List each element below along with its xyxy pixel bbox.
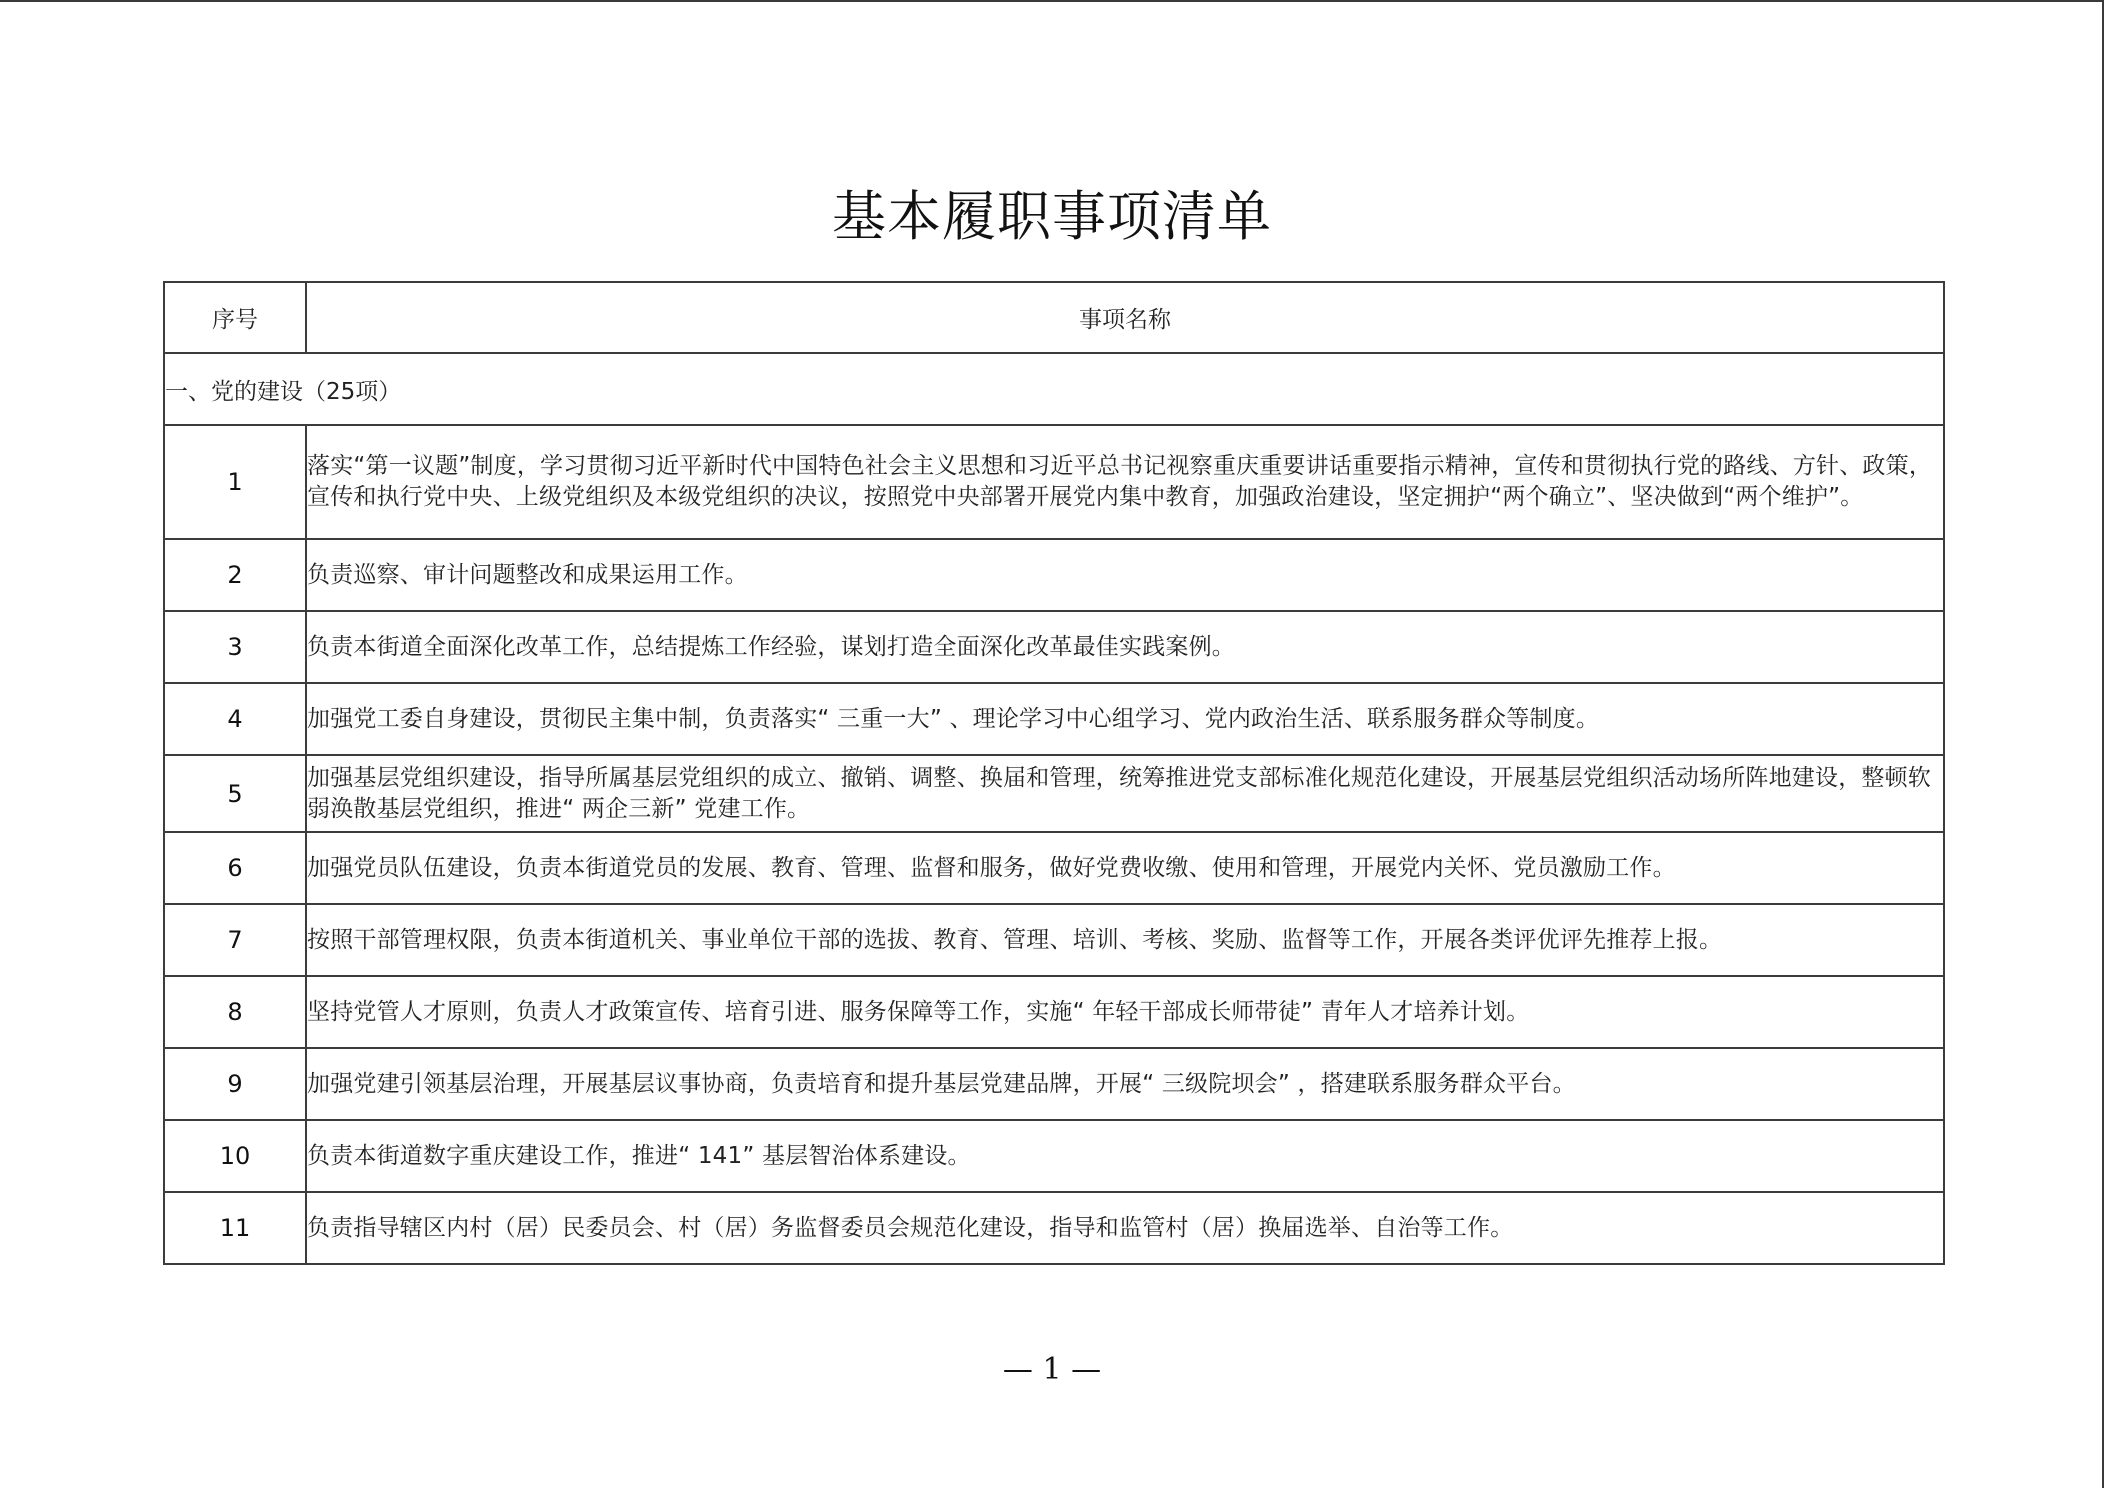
column-header-name: 事项名称 [306,282,1944,353]
table-row: 7 按照干部管理权限，负责本街道机关、事业单位干部的选拔、教育、管理、培训、考核… [164,904,1944,976]
table-row: 10 负责本街道数字重庆建设工作，推进“ 141” 基层智治体系建设。 [164,1120,1944,1192]
row-item-text: 加强党员队伍建设，负责本街道党员的发展、教育、管理、监督和服务，做好党费收缴、使… [306,832,1944,904]
row-item-text: 负责指导辖区内村（居）民委员会、村（居）务监督委员会规范化建设，指导和监管村（居… [306,1192,1944,1264]
row-number: 6 [164,832,306,904]
row-item-text: 负责巡察、审计问题整改和成果运用工作。 [306,539,1944,611]
column-header-number: 序号 [164,282,306,353]
row-number: 4 [164,683,306,755]
table-row: 1 落实“第一议题”制度，学习贯彻习近平新时代中国特色社会主义思想和习近平总书记… [164,425,1944,539]
row-number: 8 [164,976,306,1048]
table-row: 8 坚持党管人才原则，负责人才政策宣传、培育引进、服务保障等工作，实施“ 年轻干… [164,976,1944,1048]
table-row: 9 加强党建引领基层治理，开展基层议事协商，负责培育和提升基层党建品牌，开展“ … [164,1048,1944,1120]
row-number: 3 [164,611,306,683]
row-item-text: 按照干部管理权限，负责本街道机关、事业单位干部的选拔、教育、管理、培训、考核、奖… [306,904,1944,976]
page-top-border [0,0,2104,2]
row-item-text: 加强党工委自身建设，贯彻民主集中制，负责落实“ 三重一大” 、理论学习中心组学习… [306,683,1944,755]
row-item-text: 加强党建引领基层治理，开展基层议事协商，负责培育和提升基层党建品牌，开展“ 三级… [306,1048,1944,1120]
row-number: 7 [164,904,306,976]
table-row: 5 加强基层党组织建设，指导所属基层党组织的成立、撤销、调整、换届和管理，统筹推… [164,755,1944,832]
row-number: 11 [164,1192,306,1264]
row-number: 10 [164,1120,306,1192]
table-row: 6 加强党员队伍建设，负责本街道党员的发展、教育、管理、监督和服务，做好党费收缴… [164,832,1944,904]
row-item-text: 坚持党管人才原则，负责人才政策宣传、培育引进、服务保障等工作，实施“ 年轻干部成… [306,976,1944,1048]
row-item-text: 落实“第一议题”制度，学习贯彻习近平新时代中国特色社会主义思想和习近平总书记视察… [306,425,1944,539]
table-row: 11 负责指导辖区内村（居）民委员会、村（居）务监督委员会规范化建设，指导和监管… [164,1192,1944,1264]
section-label: 一、党的建设（25项） [164,353,1944,425]
row-number: 2 [164,539,306,611]
table-header-row: 序号 事项名称 [164,282,1944,353]
document-title: 基本履职事项清单 [0,184,2104,250]
row-item-text: 负责本街道全面深化改革工作，总结提炼工作经验，谋划打造全面深化改革最佳实践案例。 [306,611,1944,683]
page-number: — 1 — [0,1350,2104,1390]
row-item-text: 负责本街道数字重庆建设工作，推进“ 141” 基层智治体系建设。 [306,1120,1944,1192]
section-header-row: 一、党的建设（25项） [164,353,1944,425]
row-number: 5 [164,755,306,832]
row-number: 1 [164,425,306,539]
row-item-text: 加强基层党组织建设，指导所属基层党组织的成立、撤销、调整、换届和管理，统筹推进党… [306,755,1944,832]
table-row: 4 加强党工委自身建设，贯彻民主集中制，负责落实“ 三重一大” 、理论学习中心组… [164,683,1944,755]
table-row: 2 负责巡察、审计问题整改和成果运用工作。 [164,539,1944,611]
table-row: 3 负责本街道全面深化改革工作，总结提炼工作经验，谋划打造全面深化改革最佳实践案… [164,611,1944,683]
row-number: 9 [164,1048,306,1120]
duty-items-table: 序号 事项名称 一、党的建设（25项） 1 落实“第一议题”制度，学习贯彻习近平… [163,281,1945,1265]
